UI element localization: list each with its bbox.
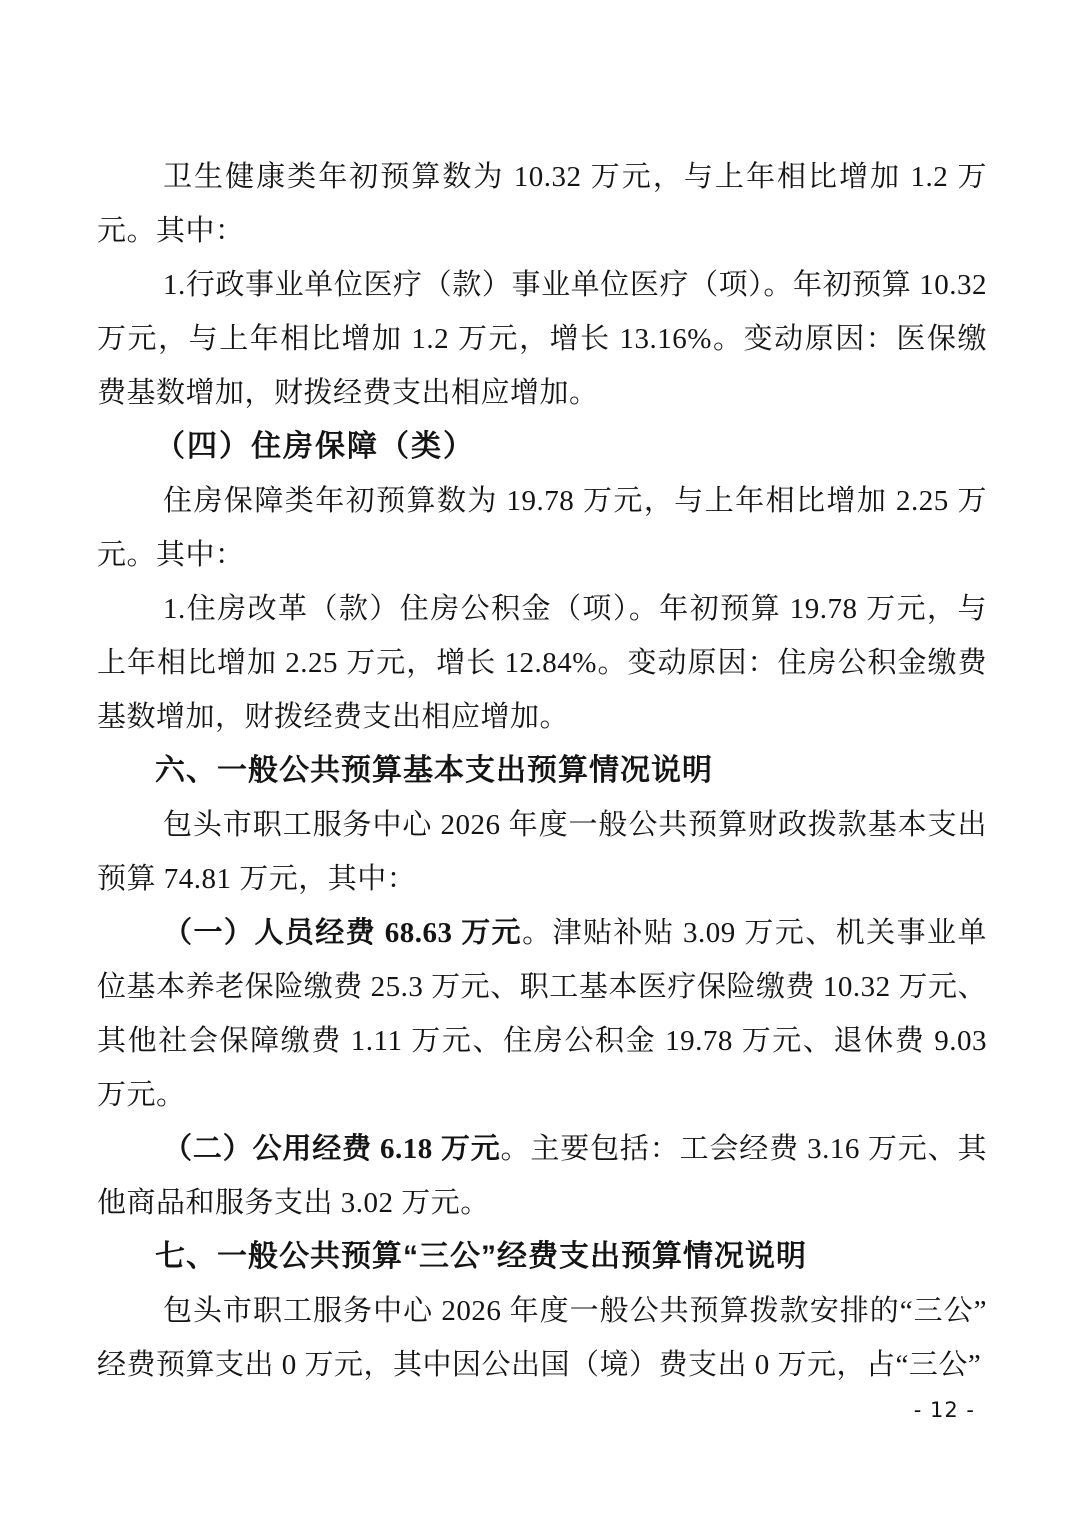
paragraph-personnel-expense: （一）人员经费 68.63 万元。津贴补贴 3.09 万元、机关事业单位基本养老…	[97, 906, 987, 1122]
document-page: 卫生健康类年初预算数为 10.32 万元，与上年相比增加 1.2 万元。其中： …	[0, 0, 1075, 1520]
paragraph-public-expense: （二）公用经费 6.18 万元。主要包括：工会经费 3.16 万元、其他商品和服…	[97, 1122, 987, 1230]
paragraph-housing-item: 1.住房改革（款）住房公积金（项）。年初预算 19.78 万元，与上年相比增加 …	[97, 582, 987, 744]
heading-housing-category: （四）住房保障（类）	[97, 420, 987, 474]
heading-section-six: 六、一般公共预算基本支出预算情况说明	[97, 744, 987, 798]
paragraph-three-public-intro: 包头市职工服务中心 2026 年度一般公共预算拨款安排的“三公”经费预算支出 0…	[97, 1284, 987, 1392]
heading-section-seven: 七、一般公共预算“三公”经费支出预算情况说明	[97, 1230, 987, 1284]
paragraph-housing-summary: 住房保障类年初预算数为 19.78 万元，与上年相比增加 2.25 万元。其中：	[97, 474, 987, 582]
document-body: 卫生健康类年初预算数为 10.32 万元，与上年相比增加 1.2 万元。其中： …	[97, 0, 987, 1392]
paragraph-health-summary: 卫生健康类年初预算数为 10.32 万元，与上年相比增加 1.2 万元。其中：	[97, 150, 987, 258]
page-number: - 12 -	[914, 1398, 975, 1422]
paragraph-basic-expense-intro: 包头市职工服务中心 2026 年度一般公共预算财政拨款基本支出预算 74.81 …	[97, 798, 987, 906]
personnel-expense-lead: （一）人员经费 68.63 万元	[163, 917, 522, 949]
public-expense-lead: （二）公用经费 6.18 万元	[163, 1133, 501, 1165]
paragraph-health-item: 1.行政事业单位医疗（款）事业单位医疗（项）。年初预算 10.32 万元，与上年…	[97, 258, 987, 420]
